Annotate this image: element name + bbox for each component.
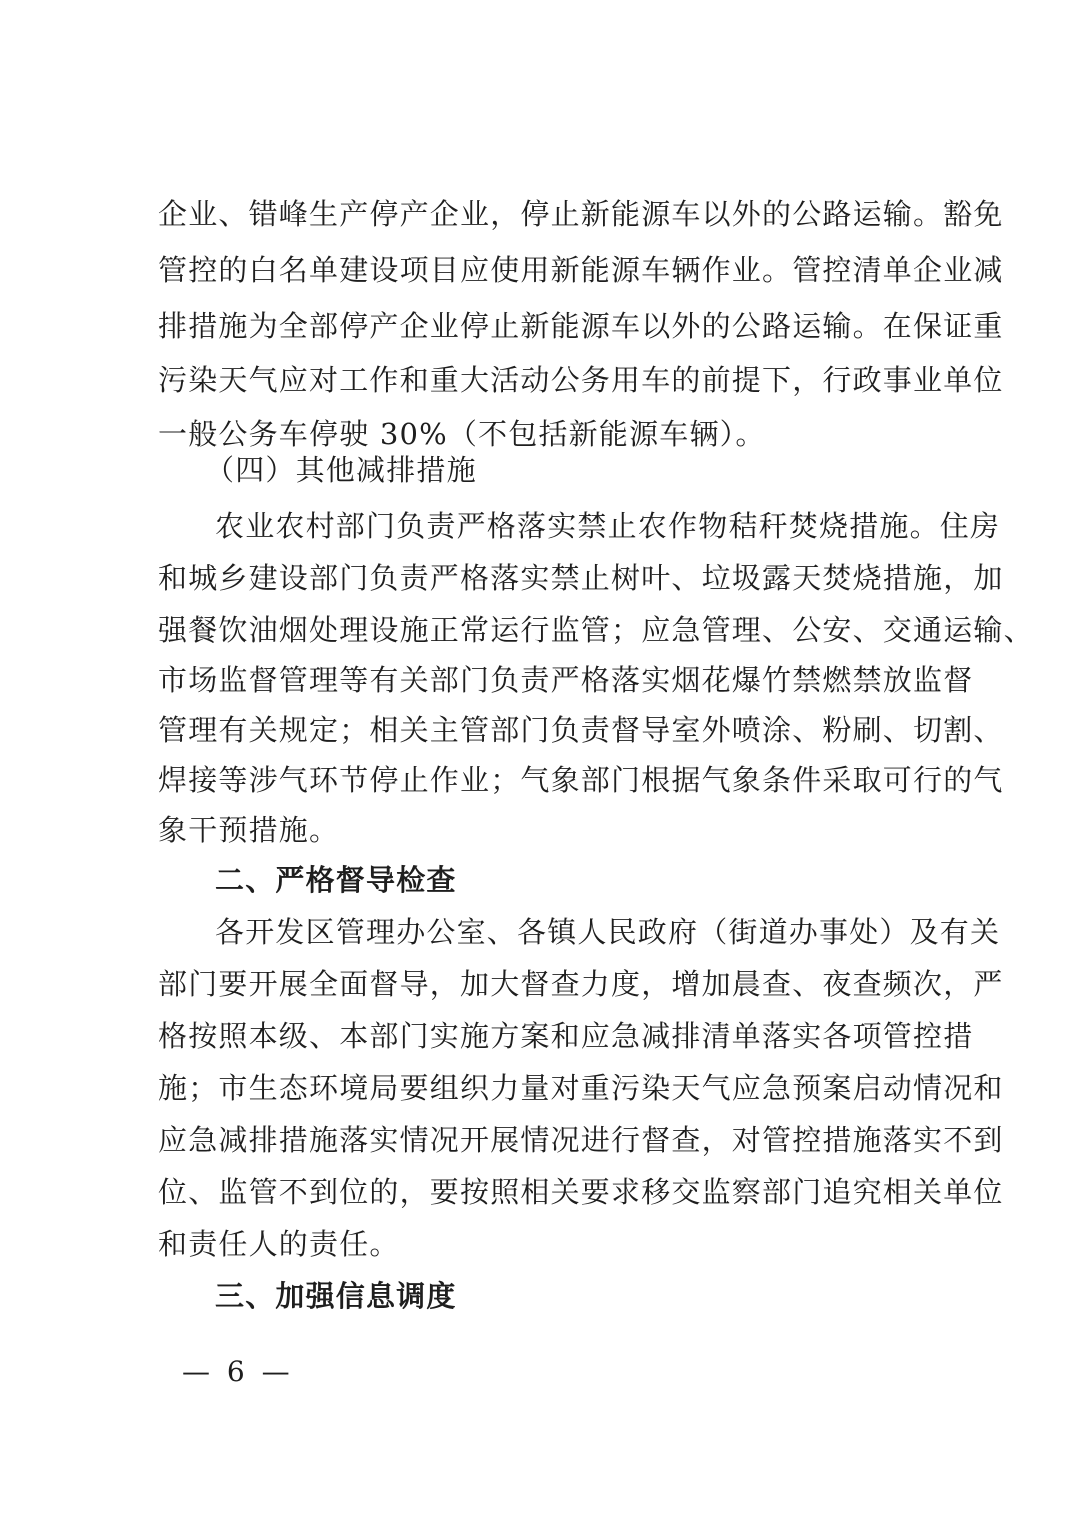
paragraph-line: 部门要开展全面督导，加大督查力度，增加晨查、夜查频次，严 [158,966,938,1002]
paragraph-line: 管控的白名单建设项目应使用新能源车辆作业。管控清单企业减 [158,252,938,288]
paragraph-line: 农业农村部门负责严格落实禁止农作物秸秆焚烧措施。住房 [215,508,938,544]
paragraph-line: 焊接等涉气环节停止作业；气象部门根据气象条件采取可行的气 [158,762,938,798]
document-page: 企业、错峰生产停产企业，停止新能源车以外的公路运输。豁免 管控的白名单建设项目应… [0,0,1080,1527]
paragraph-line: 格按照本级、本部门实施方案和应急减排清单落实各项管控措 [158,1018,938,1054]
paragraph-line: 污染天气应对工作和重大活动公务用车的前提下，行政事业单位 [158,362,938,398]
paragraph-line: 应急减排措施落实情况开展情况进行督查，对管控措施落实不到 [158,1122,938,1158]
paragraph-line: 象干预措施。 [158,812,938,848]
paragraph-line: 和责任人的责任。 [158,1226,938,1262]
paragraph-line: 市场监督管理等有关部门负责严格落实烟花爆竹禁燃禁放监督 [158,662,938,698]
page-number: — 6 — [182,1355,294,1388]
paragraph-line: 管理有关规定；相关主管部门负责督导室外喷涂、粉刷、切割、 [158,712,938,748]
paragraph-line: 强餐饮油烟处理设施正常运行监管；应急管理、公安、交通运输、 [158,612,938,648]
paragraph-line: 位、监管不到位的，要按照相关要求移交监察部门追究相关单位 [158,1174,938,1210]
paragraph-line: 企业、错峰生产停产企业，停止新能源车以外的公路运输。豁免 [158,196,938,232]
paragraph-line: 和城乡建设部门负责严格落实禁止树叶、垃圾露天焚烧措施，加 [158,560,938,596]
subsection-heading: （四）其他减排措施 [205,452,477,488]
paragraph-line: 一般公务车停驶 30%（不包括新能源车辆）。 [158,416,938,452]
paragraph-line: 排措施为全部停产企业停止新能源车以外的公路运输。在保证重 [158,308,938,344]
section-heading: 三、加强信息调度 [215,1278,457,1314]
paragraph-line: 施；市生态环境局要组织力量对重污染天气应急预案启动情况和 [158,1070,938,1106]
paragraph-line: 各开发区管理办公室、各镇人民政府（街道办事处）及有关 [215,914,938,950]
section-heading: 二、严格督导检查 [215,862,457,898]
